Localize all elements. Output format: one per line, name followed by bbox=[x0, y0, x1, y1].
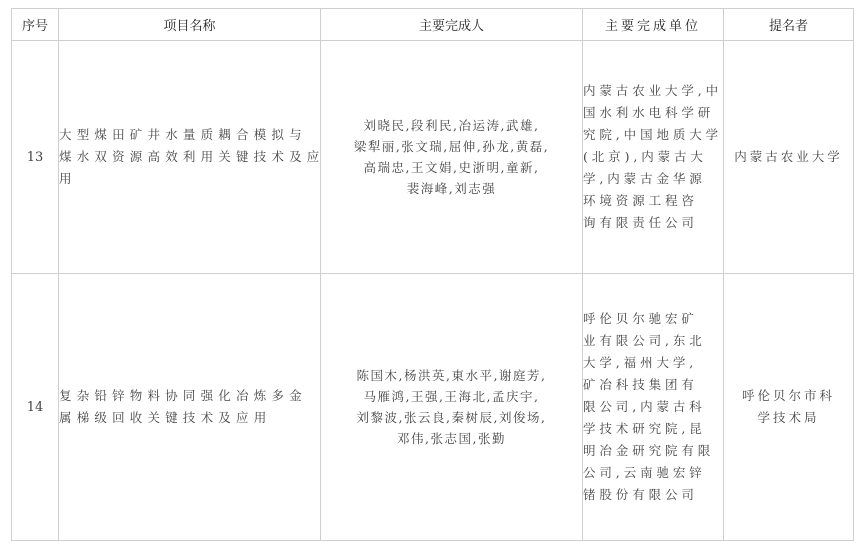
header-completers: 主要完成人 bbox=[321, 9, 583, 41]
award-table: 序号 项目名称 主要完成人 主要完成单位 提名者 13 大型煤田矿井水量质耦合模… bbox=[11, 8, 854, 541]
text-line: 内蒙古农业大学 bbox=[724, 146, 853, 168]
cell-units: 内蒙古农业大学,中 国水利水电科学研 究院,中国地质大学 (北京),内蒙古大 学… bbox=[583, 41, 724, 274]
text-line: 矿冶科技集团有 bbox=[583, 374, 723, 396]
text-line: 马雁鸿,王强,王海北,孟庆宇, bbox=[321, 386, 582, 407]
text-line: 呼伦贝尔驰宏矿 bbox=[583, 308, 723, 330]
text-line: 国水利水电科学研 bbox=[583, 102, 723, 124]
text-line: 呼伦贝尔市科 bbox=[724, 385, 853, 407]
text-line: 公司,云南驰宏锌 bbox=[583, 462, 723, 484]
header-nominator: 提名者 bbox=[724, 9, 854, 41]
cell-project-name: 复杂铅锌物料协同强化冶炼多金 属梯级回收关键技术及应用 bbox=[59, 274, 321, 541]
text-line: 刘晓民,段利民,冶运涛,武雄, bbox=[321, 115, 582, 136]
header-units: 主要完成单位 bbox=[583, 9, 724, 41]
table-row: 14 复杂铅锌物料协同强化冶炼多金 属梯级回收关键技术及应用 陈国木,杨洪英,東… bbox=[12, 274, 854, 541]
cell-units: 呼伦贝尔驰宏矿 业有限公司,东北 大学,福州大学, 矿冶科技集团有 限公司,内蒙… bbox=[583, 274, 724, 541]
cell-project-name: 大型煤田矿井水量质耦合模拟与 煤水双资源高效利用关键技术及应 用 bbox=[59, 41, 321, 274]
text-line: 明冶金研究院有限 bbox=[583, 440, 723, 462]
text-line: 大学,福州大学, bbox=[583, 352, 723, 374]
text-line: 梁犁丽,张文瑞,屈伸,孙龙,黄磊, bbox=[321, 136, 582, 157]
text-line: 属梯级回收关键技术及应用 bbox=[59, 407, 320, 429]
text-line: 复杂铅锌物料协同强化冶炼多金 bbox=[59, 385, 320, 407]
text-line: 内蒙古农业大学,中 bbox=[583, 80, 723, 102]
cell-completers: 刘晓民,段利民,冶运涛,武雄, 梁犁丽,张文瑞,屈伸,孙龙,黄磊, 高瑞忠,王文… bbox=[321, 41, 583, 274]
header-row: 序号 项目名称 主要完成人 主要完成单位 提名者 bbox=[12, 9, 854, 41]
text-line: 业有限公司,东北 bbox=[583, 330, 723, 352]
text-line: 锗股份有限公司 bbox=[583, 484, 723, 506]
text-line: 用 bbox=[59, 168, 320, 190]
text-line: 煤水双资源高效利用关键技术及应 bbox=[59, 146, 320, 168]
cell-completers: 陈国木,杨洪英,東水平,谢庭芳, 马雁鸿,王强,王海北,孟庆宇, 刘黎波,张云良… bbox=[321, 274, 583, 541]
cell-seq: 14 bbox=[12, 274, 59, 541]
text-line: (北京),内蒙古大 bbox=[583, 146, 723, 168]
text-line: 学技术研究院,昆 bbox=[583, 418, 723, 440]
text-line: 大型煤田矿井水量质耦合模拟与 bbox=[59, 124, 320, 146]
text-line: 陈国木,杨洪英,東水平,谢庭芳, bbox=[321, 365, 582, 386]
text-line: 高瑞忠,王文娟,史浙明,童新, bbox=[321, 157, 582, 178]
text-line: 究院,中国地质大学 bbox=[583, 124, 723, 146]
cell-nominator: 呼伦贝尔市科 学技术局 bbox=[724, 274, 854, 541]
header-seq: 序号 bbox=[12, 9, 59, 41]
text-line: 裴海峰,刘志强 bbox=[321, 178, 582, 199]
text-line: 询有限责任公司 bbox=[583, 212, 723, 234]
text-line: 学,内蒙古金华源 bbox=[583, 168, 723, 190]
text-line: 限公司,内蒙古科 bbox=[583, 396, 723, 418]
cell-seq: 13 bbox=[12, 41, 59, 274]
table-row: 13 大型煤田矿井水量质耦合模拟与 煤水双资源高效利用关键技术及应 用 刘晓民,… bbox=[12, 41, 854, 274]
cell-nominator: 内蒙古农业大学 bbox=[724, 41, 854, 274]
text-line: 刘黎波,张云良,秦树辰,刘俊场, bbox=[321, 407, 582, 428]
text-line: 学技术局 bbox=[724, 407, 853, 429]
header-project-name: 项目名称 bbox=[59, 9, 321, 41]
text-line: 环境资源工程咨 bbox=[583, 190, 723, 212]
text-line: 邓伟,张志国,张勤 bbox=[321, 428, 582, 449]
